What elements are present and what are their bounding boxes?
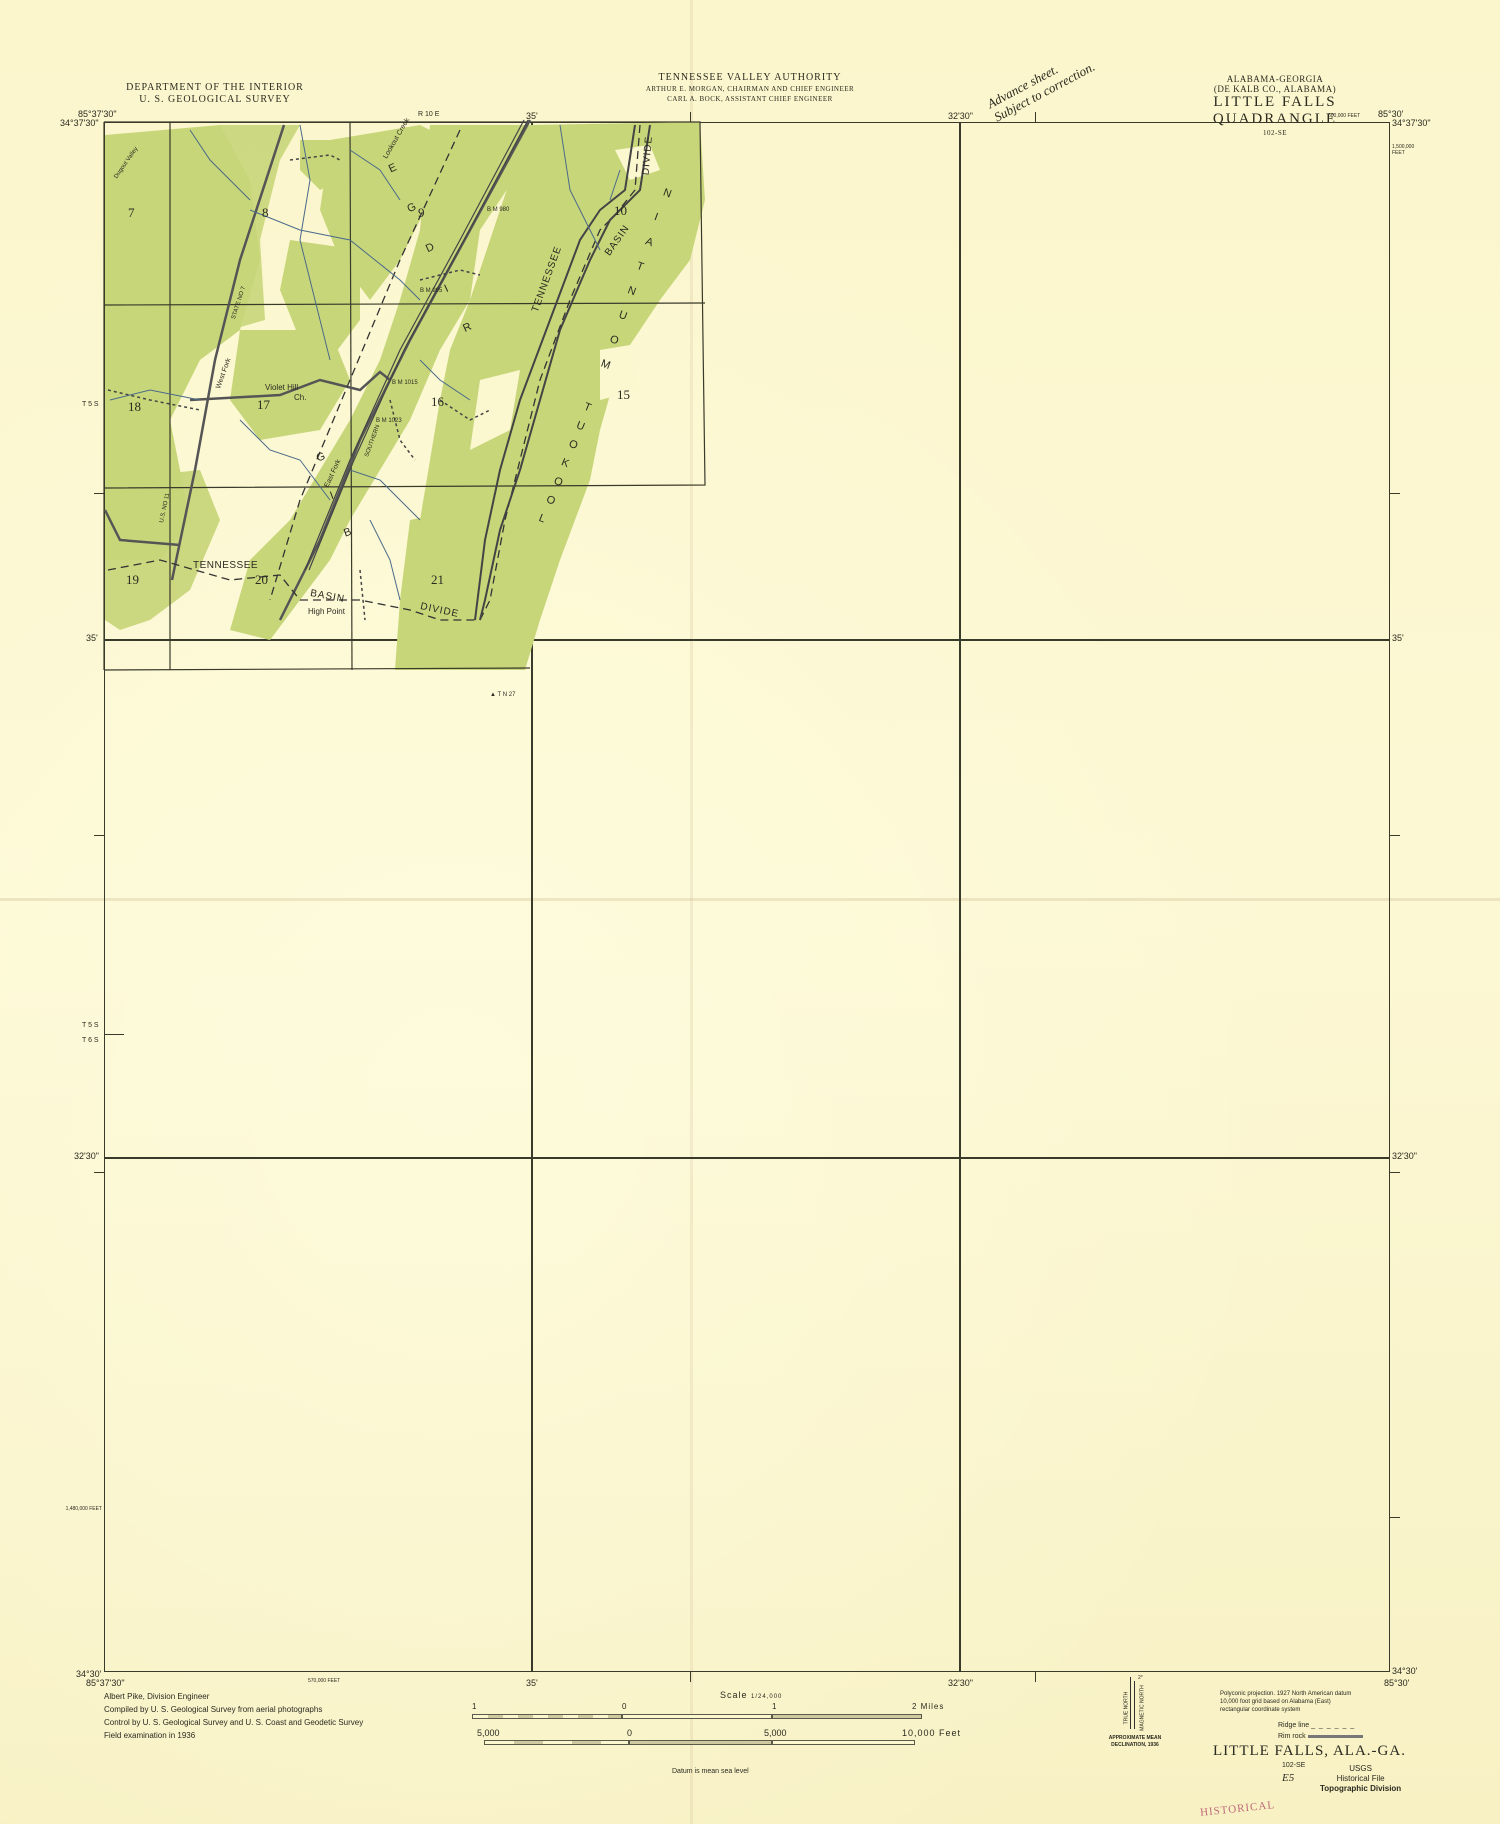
credit-field: Field examination in 1936 [104, 1729, 363, 1742]
legend-rim-label: Rim rock [1278, 1733, 1306, 1740]
archive-line2: Historical File [1320, 1774, 1401, 1784]
mapped-area [0, 0, 1500, 1824]
datum-note: Datum is mean sea level [672, 1768, 749, 1775]
section-20: 20 [255, 572, 268, 588]
label-high-point: High Point [308, 607, 345, 616]
scale-miles-mid: 1 [772, 1702, 776, 1711]
section-7: 7 [128, 205, 135, 221]
scale-block: Scale 1/24,000 1 0 1 2 Miles 5,000 0 5,0… [472, 1690, 1032, 1780]
section-15: 15 [617, 387, 630, 403]
handwritten-mark: E5 [1282, 1772, 1294, 1784]
elevation-980: 980 [499, 207, 509, 213]
legend-ridge-label: Ridge line [1278, 1722, 1309, 1729]
elevation-995: 995 [432, 288, 442, 294]
label-tennessee: TENNESSEE [193, 560, 258, 571]
true-north-line [1130, 1677, 1131, 1729]
declination-caption-line1: APPROXIMATE MEAN [1090, 1735, 1180, 1742]
archive-line3: Topographic Division [1320, 1784, 1401, 1794]
declination-caption-line2: DECLINATION, 1936 [1090, 1742, 1180, 1749]
triangle-icon: ▲ [490, 692, 496, 698]
credit-control: Control by U. S. Geological Survey and U… [104, 1716, 363, 1729]
label-church: Ch. [294, 393, 306, 402]
section-10: 10 [614, 203, 627, 219]
credit-compiled: Compiled by U. S. Geological Survey from… [104, 1703, 363, 1716]
magnetic-north-label: MAGNETIC NORTH [1140, 1685, 1146, 1730]
bm-label: B M [392, 380, 403, 386]
sheet-name: LITTLE FALLS, ALA.-GA. [1213, 1743, 1406, 1760]
bench-mark-980: B M 980 [487, 207, 509, 213]
scale-bar-feet-right [772, 1740, 915, 1745]
scale-miles-zero: 0 [622, 1702, 626, 1711]
dashed-line-symbol: _ _ _ _ _ _ [1311, 1722, 1355, 1729]
rim-rock-symbol [1308, 1735, 1363, 1738]
scale-bar-miles-left [472, 1714, 622, 1719]
scale-feet-mid: 5,000 [764, 1728, 787, 1738]
projection-line1: Polyconic projection. 1927 North America… [1220, 1690, 1351, 1698]
scale-bar-miles-mid [622, 1714, 772, 1719]
section-16: 16 [431, 394, 444, 410]
declination-diagram: TRUE NORTH MAGNETIC NORTH 2° APPROXIMATE… [1090, 1675, 1180, 1755]
declination-degrees: 2° [1138, 1675, 1143, 1681]
legend-rim-rock: Rim rock [1278, 1731, 1363, 1742]
elevation-1023: 1023 [388, 418, 401, 424]
section-18: 18 [128, 399, 141, 415]
scale-bar-feet-left [484, 1740, 629, 1745]
legend-ridge-line: Ridge line _ _ _ _ _ _ [1278, 1720, 1363, 1731]
projection-line2: 10,000 foot grid based on Alabama (East) [1220, 1698, 1351, 1706]
bench-mark-995: B M 995 [420, 288, 442, 294]
scale-title: Scale 1/24,000 [720, 1690, 782, 1700]
scale-miles-left: 1 [472, 1702, 476, 1711]
bench-mark-1015: B M 1015 [392, 380, 418, 386]
scale-ratio: 1/24,000 [751, 1694, 782, 1700]
credit-engineer: Albert Pike, Division Engineer [104, 1690, 363, 1703]
archive-line1: USGS [1320, 1764, 1401, 1774]
bm-label: B M [487, 207, 498, 213]
declination-caption: APPROXIMATE MEAN DECLINATION, 1936 [1090, 1735, 1180, 1749]
scale-feet-zero: 0 [627, 1728, 632, 1738]
bm-label: B M [420, 288, 431, 294]
bench-mark-1023: B M 1023 [376, 418, 402, 424]
map-legend: Ridge line _ _ _ _ _ _ Rim rock [1278, 1720, 1363, 1742]
scale-bar-feet-mid [629, 1740, 772, 1745]
section-8: 8 [262, 205, 269, 221]
scale-feet-right: 10,000 Feet [902, 1728, 961, 1738]
magnetic-north-line [1134, 1681, 1135, 1729]
scale-label: Scale [720, 1690, 748, 1700]
bm-label: B M [376, 418, 387, 424]
scale-bar-miles-right [772, 1714, 922, 1719]
sheet-code: 102-SE [1282, 1762, 1305, 1769]
credits-block: Albert Pike, Division Engineer Compiled … [104, 1690, 363, 1742]
section-17: 17 [257, 397, 270, 413]
label-violet-hill: Violet Hill [265, 383, 298, 392]
scale-miles-right: 2 Miles [912, 1702, 944, 1711]
projection-line3: rectangular coordinate system [1220, 1706, 1351, 1714]
true-north-label: TRUE NORTH [1123, 1692, 1129, 1725]
triangulation-station: ▲ T N 27 [490, 692, 515, 698]
scale-feet-left: 5,000 [477, 1728, 500, 1738]
triangulation-label: T N 27 [498, 692, 516, 698]
elevation-1015: 1015 [404, 380, 417, 386]
section-19: 19 [126, 572, 139, 588]
projection-note: Polyconic projection. 1927 North America… [1220, 1690, 1351, 1714]
archive-stamp: USGS Historical File Topographic Divisio… [1320, 1764, 1401, 1794]
section-21: 21 [431, 572, 444, 588]
